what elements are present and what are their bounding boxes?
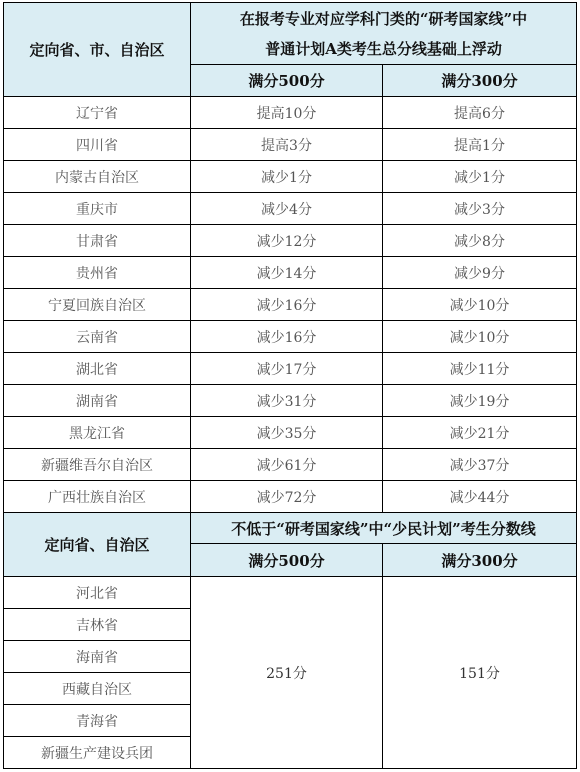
score-300-cell: 减少21分 — [383, 417, 577, 449]
table-row: 广西壮族自治区减少72分减少44分 — [4, 481, 577, 513]
region-cell: 新疆维吾尔自治区 — [4, 449, 191, 481]
region-cell: 吉林省 — [4, 609, 191, 641]
score-300-cell: 减少8分 — [383, 225, 577, 257]
table-row: 河北省 251分 151分 — [4, 577, 577, 609]
score-500-cell: 提高3分 — [191, 129, 383, 161]
score-500-cell: 减少35分 — [191, 417, 383, 449]
region-cell: 湖北省 — [4, 353, 191, 385]
score-300-cell: 减少19分 — [383, 385, 577, 417]
region-cell: 西藏自治区 — [4, 673, 191, 705]
region-cell: 河北省 — [4, 577, 191, 609]
score-300-cell: 减少11分 — [383, 353, 577, 385]
table-row: 宁夏回族自治区减少16分减少10分 — [4, 289, 577, 321]
region-cell: 云南省 — [4, 321, 191, 353]
score-500-cell: 减少17分 — [191, 353, 383, 385]
score-300-cell: 提高6分 — [383, 97, 577, 129]
column-header-300: 满分300分 — [383, 65, 577, 97]
region-cell: 内蒙古自治区 — [4, 161, 191, 193]
score-300-cell: 减少10分 — [383, 289, 577, 321]
column-header-500-2: 满分500分 — [191, 544, 383, 577]
region-cell: 湖南省 — [4, 385, 191, 417]
column-header-500: 满分500分 — [191, 65, 383, 97]
score-300-cell: 减少9分 — [383, 257, 577, 289]
table-row: 云南省减少16分减少10分 — [4, 321, 577, 353]
region-cell: 广西壮族自治区 — [4, 481, 191, 513]
region-cell: 重庆市 — [4, 193, 191, 225]
score-300-cell: 减少44分 — [383, 481, 577, 513]
score-300-cell: 提高1分 — [383, 129, 577, 161]
table-row: 辽宁省提高10分提高6分 — [4, 97, 577, 129]
score-300-cell: 减少3分 — [383, 193, 577, 225]
table-row: 甘肃省减少12分减少8分 — [4, 225, 577, 257]
section1-title: 在报考专业对应学科门类的“研考国家线”中 普通计划A类考生总分线基础上浮动 — [191, 3, 577, 65]
score-500-cell: 减少61分 — [191, 449, 383, 481]
region-column-header-2: 定向省、自治区 — [4, 513, 191, 577]
column-header-300-2: 满分300分 — [383, 544, 577, 577]
region-cell: 辽宁省 — [4, 97, 191, 129]
score-line-table: 定向省、市、自治区 在报考专业对应学科门类的“研考国家线”中 普通计划A类考生总… — [3, 2, 577, 769]
score-500-cell: 减少16分 — [191, 321, 383, 353]
score-500-cell: 减少14分 — [191, 257, 383, 289]
score-300-cell: 减少37分 — [383, 449, 577, 481]
score-500-cell: 减少1分 — [191, 161, 383, 193]
region-cell: 甘肃省 — [4, 225, 191, 257]
score-300-merged-cell: 151分 — [383, 577, 577, 769]
region-cell: 新疆生产建设兵团 — [4, 737, 191, 769]
table-row: 湖南省减少31分减少19分 — [4, 385, 577, 417]
score-500-cell: 减少31分 — [191, 385, 383, 417]
score-500-cell: 提高10分 — [191, 97, 383, 129]
region-cell: 四川省 — [4, 129, 191, 161]
section1-title-line2: 普通计划A类考生总分线基础上浮动 — [191, 34, 576, 64]
region-cell: 贵州省 — [4, 257, 191, 289]
score-500-merged-cell: 251分 — [191, 577, 383, 769]
table-row: 四川省提高3分提高1分 — [4, 129, 577, 161]
section1-title-line1: 在报考专业对应学科门类的“研考国家线”中 — [191, 4, 576, 34]
score-500-cell: 减少16分 — [191, 289, 383, 321]
score-300-cell: 减少1分 — [383, 161, 577, 193]
table-row: 湖北省减少17分减少11分 — [4, 353, 577, 385]
score-500-cell: 减少4分 — [191, 193, 383, 225]
table-row: 新疆维吾尔自治区减少61分减少37分 — [4, 449, 577, 481]
section2-title: 不低于“研考国家线”中“少民计划”考生分数线 — [191, 513, 577, 544]
region-cell: 青海省 — [4, 705, 191, 737]
region-cell: 黑龙江省 — [4, 417, 191, 449]
table-row: 重庆市减少4分减少3分 — [4, 193, 577, 225]
score-500-cell: 减少72分 — [191, 481, 383, 513]
score-300-cell: 减少10分 — [383, 321, 577, 353]
region-cell: 海南省 — [4, 641, 191, 673]
score-500-cell: 减少12分 — [191, 225, 383, 257]
table-row: 贵州省减少14分减少9分 — [4, 257, 577, 289]
region-column-header: 定向省、市、自治区 — [4, 3, 191, 97]
table-row: 内蒙古自治区减少1分减少1分 — [4, 161, 577, 193]
table-row: 黑龙江省减少35分减少21分 — [4, 417, 577, 449]
region-cell: 宁夏回族自治区 — [4, 289, 191, 321]
